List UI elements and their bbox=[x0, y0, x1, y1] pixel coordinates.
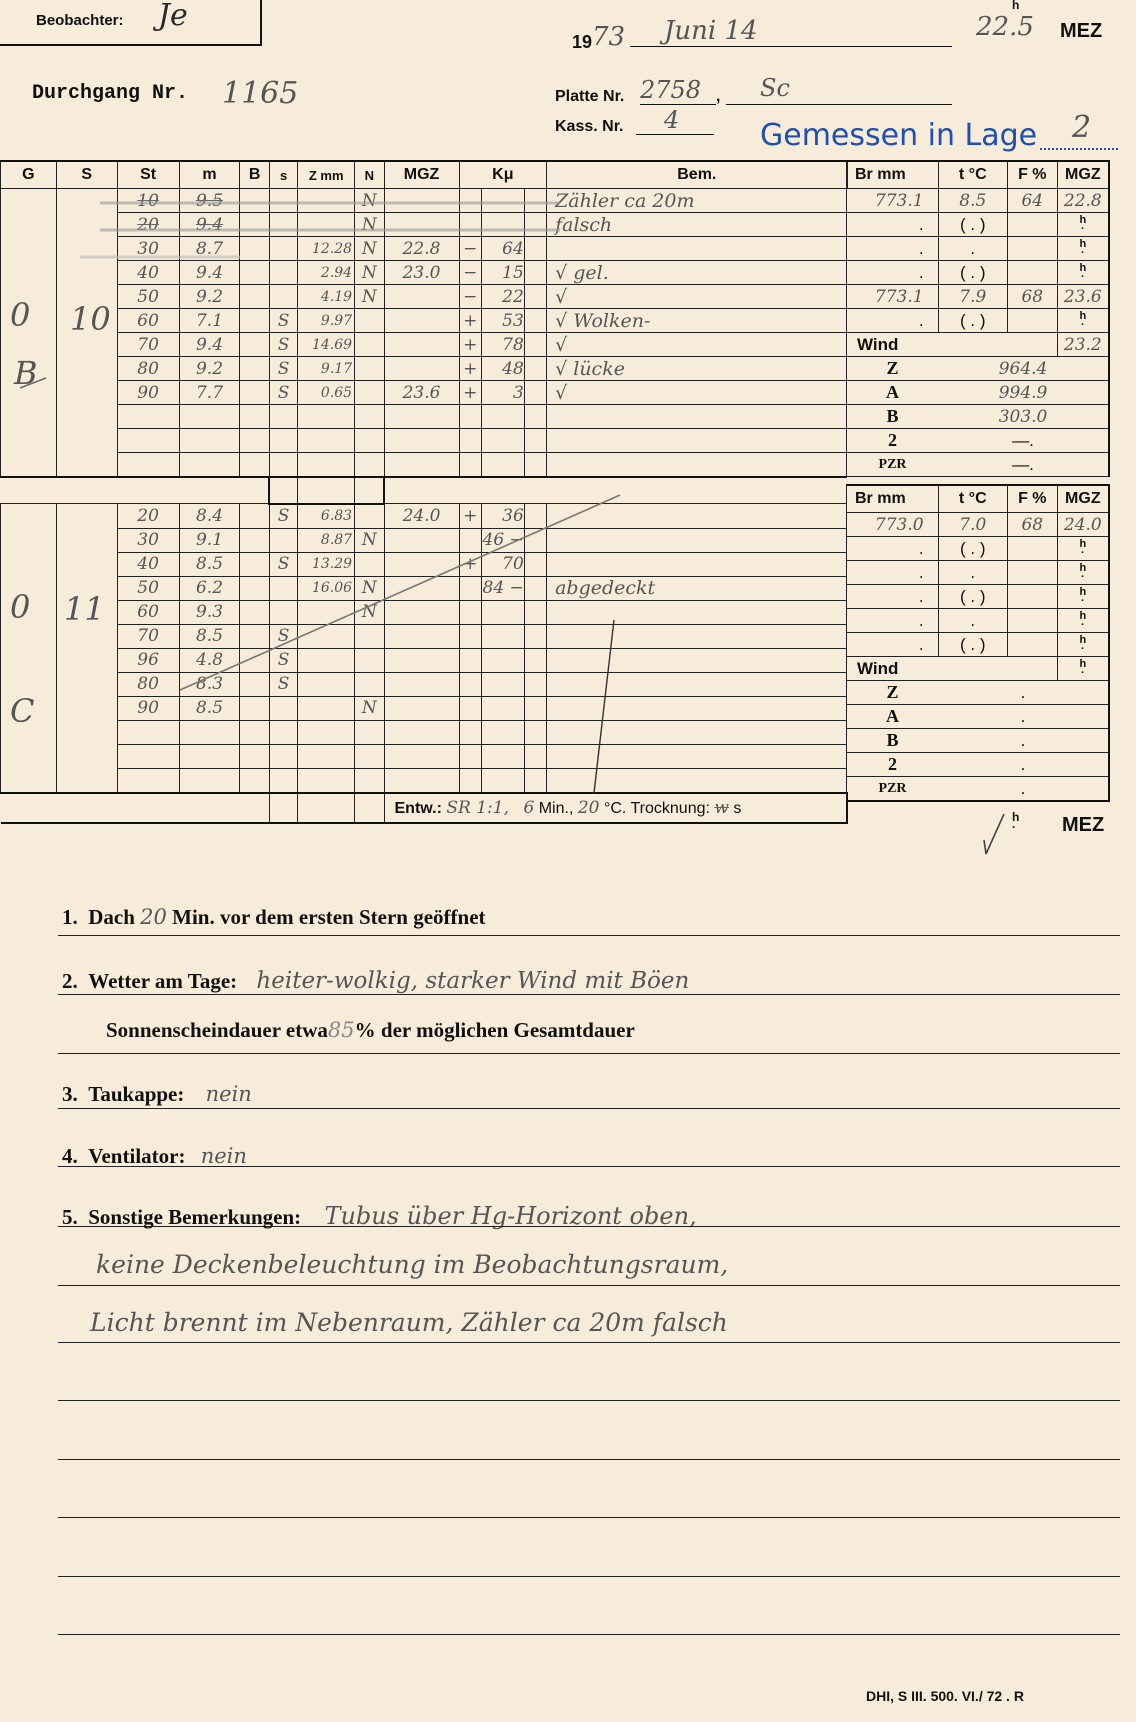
mgz-time-cell[interactable]: h· bbox=[1057, 261, 1109, 285]
humidity-cell[interactable] bbox=[1007, 309, 1057, 333]
reading-row: Z. bbox=[847, 681, 1110, 705]
mgz-time-cell[interactable]: h· bbox=[1057, 213, 1109, 237]
meteo-row: .( . )h· bbox=[847, 585, 1110, 609]
blank-line bbox=[58, 1634, 1120, 1635]
reading-label: PZR bbox=[847, 777, 939, 802]
dew-cap-value[interactable]: nein bbox=[206, 1082, 252, 1106]
mgz-time-cell[interactable]: h· bbox=[1057, 585, 1109, 609]
reading-value[interactable]: . bbox=[938, 729, 1109, 753]
mgz-time-cell[interactable]: h· bbox=[1057, 237, 1109, 261]
reading-label: B bbox=[847, 405, 939, 429]
temp-cell[interactable]: 7.9 bbox=[938, 285, 1007, 309]
col-mgz-2: MGZ bbox=[1057, 161, 1109, 189]
mgz-time-cell[interactable]: h· bbox=[1057, 633, 1109, 657]
sunshine-value[interactable]: 85 bbox=[328, 1018, 355, 1042]
note-sunshine: Sonnenscheindauer etwa85% der möglichen … bbox=[106, 1018, 635, 1043]
form-code: DHI, S III. 500. VI./ 72 . R bbox=[866, 1688, 1024, 1704]
reading-value[interactable]: . bbox=[938, 753, 1109, 777]
temp-cell[interactable]: ( . ) bbox=[938, 309, 1007, 333]
blank-line bbox=[58, 1459, 1120, 1460]
reading-value[interactable]: . bbox=[938, 681, 1109, 705]
reading-label: B bbox=[847, 729, 939, 753]
end-time-zone: MEZ bbox=[1062, 814, 1104, 837]
reading-row: A994.9 bbox=[847, 381, 1110, 405]
humidity-cell[interactable]: 68 bbox=[1007, 513, 1057, 537]
reading-label: 2 bbox=[847, 753, 939, 777]
temp-cell[interactable]: ( . ) bbox=[938, 633, 1007, 657]
pressure-cell[interactable]: . bbox=[847, 585, 939, 609]
reading-row: PZR—. bbox=[847, 453, 1110, 477]
reading-value[interactable]: 303.0 bbox=[938, 405, 1109, 429]
reading-label: Z bbox=[847, 681, 939, 705]
humidity-cell[interactable] bbox=[1007, 213, 1057, 237]
note-roof: 1. Dach 20 Min. vor dem ersten Stern geö… bbox=[62, 905, 486, 930]
temp-cell[interactable]: . bbox=[938, 561, 1007, 585]
pressure-cell[interactable]: 773.0 bbox=[847, 513, 939, 537]
wind-label: Wind bbox=[847, 333, 1058, 357]
reading-value[interactable]: —. bbox=[938, 429, 1109, 453]
reading-row: B. bbox=[847, 729, 1110, 753]
mgz-time-cell[interactable]: h· bbox=[1057, 537, 1109, 561]
blank-line bbox=[58, 1576, 1120, 1577]
pressure-cell[interactable]: . bbox=[847, 237, 939, 261]
pressure-cell[interactable]: . bbox=[847, 309, 939, 333]
humidity-cell[interactable]: 64 bbox=[1007, 189, 1057, 213]
temp-cell[interactable]: . bbox=[938, 609, 1007, 633]
pressure-cell[interactable]: . bbox=[847, 537, 939, 561]
note-dew-cap: 3. Taukappe: nein bbox=[62, 1082, 252, 1107]
meteo-row: .( . )h· bbox=[847, 633, 1110, 657]
wind-mgz[interactable]: h· bbox=[1057, 657, 1109, 681]
meteo-row: .( . )h· bbox=[847, 261, 1110, 285]
mgz-time-cell[interactable]: 24.0 bbox=[1057, 513, 1109, 537]
temp-cell[interactable]: ( . ) bbox=[938, 261, 1007, 285]
temp-cell[interactable]: . bbox=[938, 237, 1007, 261]
remarks-line-2[interactable]: keine Deckenbeleuchtung im Beobachtungsr… bbox=[96, 1250, 728, 1279]
wind-row: Wind23.2 bbox=[847, 333, 1110, 357]
meteo-row: ..h· bbox=[847, 237, 1110, 261]
reading-row: 2. bbox=[847, 753, 1110, 777]
reading-row: B303.0 bbox=[847, 405, 1110, 429]
mgz-time-cell[interactable]: h· bbox=[1057, 309, 1109, 333]
reading-label: A bbox=[847, 705, 939, 729]
blank-line bbox=[58, 1400, 1120, 1401]
pressure-cell[interactable]: . bbox=[847, 213, 939, 237]
reading-value[interactable]: 994.9 bbox=[938, 381, 1109, 405]
reading-value[interactable]: —. bbox=[938, 453, 1109, 477]
temp-cell[interactable]: ( . ) bbox=[938, 213, 1007, 237]
reading-value[interactable]: 964.4 bbox=[938, 357, 1109, 381]
pressure-cell[interactable]: . bbox=[847, 261, 939, 285]
temp-cell[interactable]: 8.5 bbox=[938, 189, 1007, 213]
mgz-time-cell[interactable]: 22.8 bbox=[1057, 189, 1109, 213]
temp-cell[interactable]: ( . ) bbox=[938, 585, 1007, 609]
pressure-cell[interactable]: . bbox=[847, 561, 939, 585]
meteo-row: ..h· bbox=[847, 609, 1110, 633]
wind-label: Wind bbox=[847, 657, 1058, 681]
reading-value[interactable]: . bbox=[938, 705, 1109, 729]
wind-mgz[interactable]: 23.2 bbox=[1057, 333, 1109, 357]
humidity-cell[interactable] bbox=[1007, 609, 1057, 633]
pressure-cell[interactable]: . bbox=[847, 609, 939, 633]
humidity-cell[interactable]: 68 bbox=[1007, 285, 1057, 309]
meteo-row: .( . )h· bbox=[847, 213, 1110, 237]
meteo-row: ..h· bbox=[847, 561, 1110, 585]
temp-cell[interactable]: 7.0 bbox=[938, 513, 1007, 537]
reading-row: Z964.4 bbox=[847, 357, 1110, 381]
reading-label: 2 bbox=[847, 429, 939, 453]
reading-row: 2—. bbox=[847, 429, 1110, 453]
humidity-cell[interactable] bbox=[1007, 585, 1057, 609]
humidity-cell[interactable] bbox=[1007, 261, 1057, 285]
fan-value[interactable]: nein bbox=[201, 1144, 247, 1168]
end-hour-mark: h· bbox=[1012, 812, 1019, 832]
humidity-cell[interactable] bbox=[1007, 561, 1057, 585]
wind-row: Windh· bbox=[847, 657, 1110, 681]
humidity-cell[interactable] bbox=[1007, 633, 1057, 657]
mgz-time-cell[interactable]: h· bbox=[1057, 561, 1109, 585]
reading-label: A bbox=[847, 381, 939, 405]
note-weather: 2. Wetter am Tage: heiter-wolkig, starke… bbox=[62, 968, 689, 994]
pressure-cell[interactable]: . bbox=[847, 633, 939, 657]
mgz-time-cell[interactable]: h· bbox=[1057, 609, 1109, 633]
meteo-row: 773.17.96823.6 bbox=[847, 285, 1110, 309]
weather-value[interactable]: heiter-wolkig, starker Wind mit Böen bbox=[256, 968, 689, 994]
pressure-cell[interactable]: 773.1 bbox=[847, 285, 939, 309]
meteo-row: 773.07.06824.0 bbox=[847, 513, 1110, 537]
temp-cell[interactable]: ( . ) bbox=[938, 537, 1007, 561]
pressure-cell[interactable]: 773.1 bbox=[847, 189, 939, 213]
humidity-cell[interactable] bbox=[1007, 237, 1057, 261]
reading-label: Z bbox=[847, 357, 939, 381]
humidity-cell[interactable] bbox=[1007, 537, 1057, 561]
reading-value[interactable]: . bbox=[938, 777, 1109, 802]
pencil-arrow-icon bbox=[980, 810, 1010, 860]
col-f: F % bbox=[1007, 161, 1057, 189]
col-br: Br mm bbox=[847, 161, 939, 189]
reading-row: PZR. bbox=[847, 777, 1110, 802]
mgz-time-cell[interactable]: 23.6 bbox=[1057, 285, 1109, 309]
remarks-line-3[interactable]: Licht brennt im Nebenraum, Zähler ca 20m… bbox=[90, 1308, 728, 1337]
meteo-table-1: Br mm t °C F % MGZ 773.18.56422.8.( . )h… bbox=[846, 160, 1110, 477]
meteo-table-2: Br mm t °C F % MGZ 773.07.06824.0.( . )h… bbox=[846, 484, 1110, 802]
meteo-row: .( . )h· bbox=[847, 309, 1110, 333]
reading-label: PZR bbox=[847, 453, 939, 477]
meteo-row: 773.18.56422.8 bbox=[847, 189, 1110, 213]
col-t: t °C bbox=[938, 161, 1007, 189]
blank-line bbox=[58, 1517, 1120, 1518]
roof-minutes[interactable]: 20 bbox=[140, 905, 167, 929]
reading-row: A. bbox=[847, 705, 1110, 729]
meteo-row: .( . )h· bbox=[847, 537, 1110, 561]
